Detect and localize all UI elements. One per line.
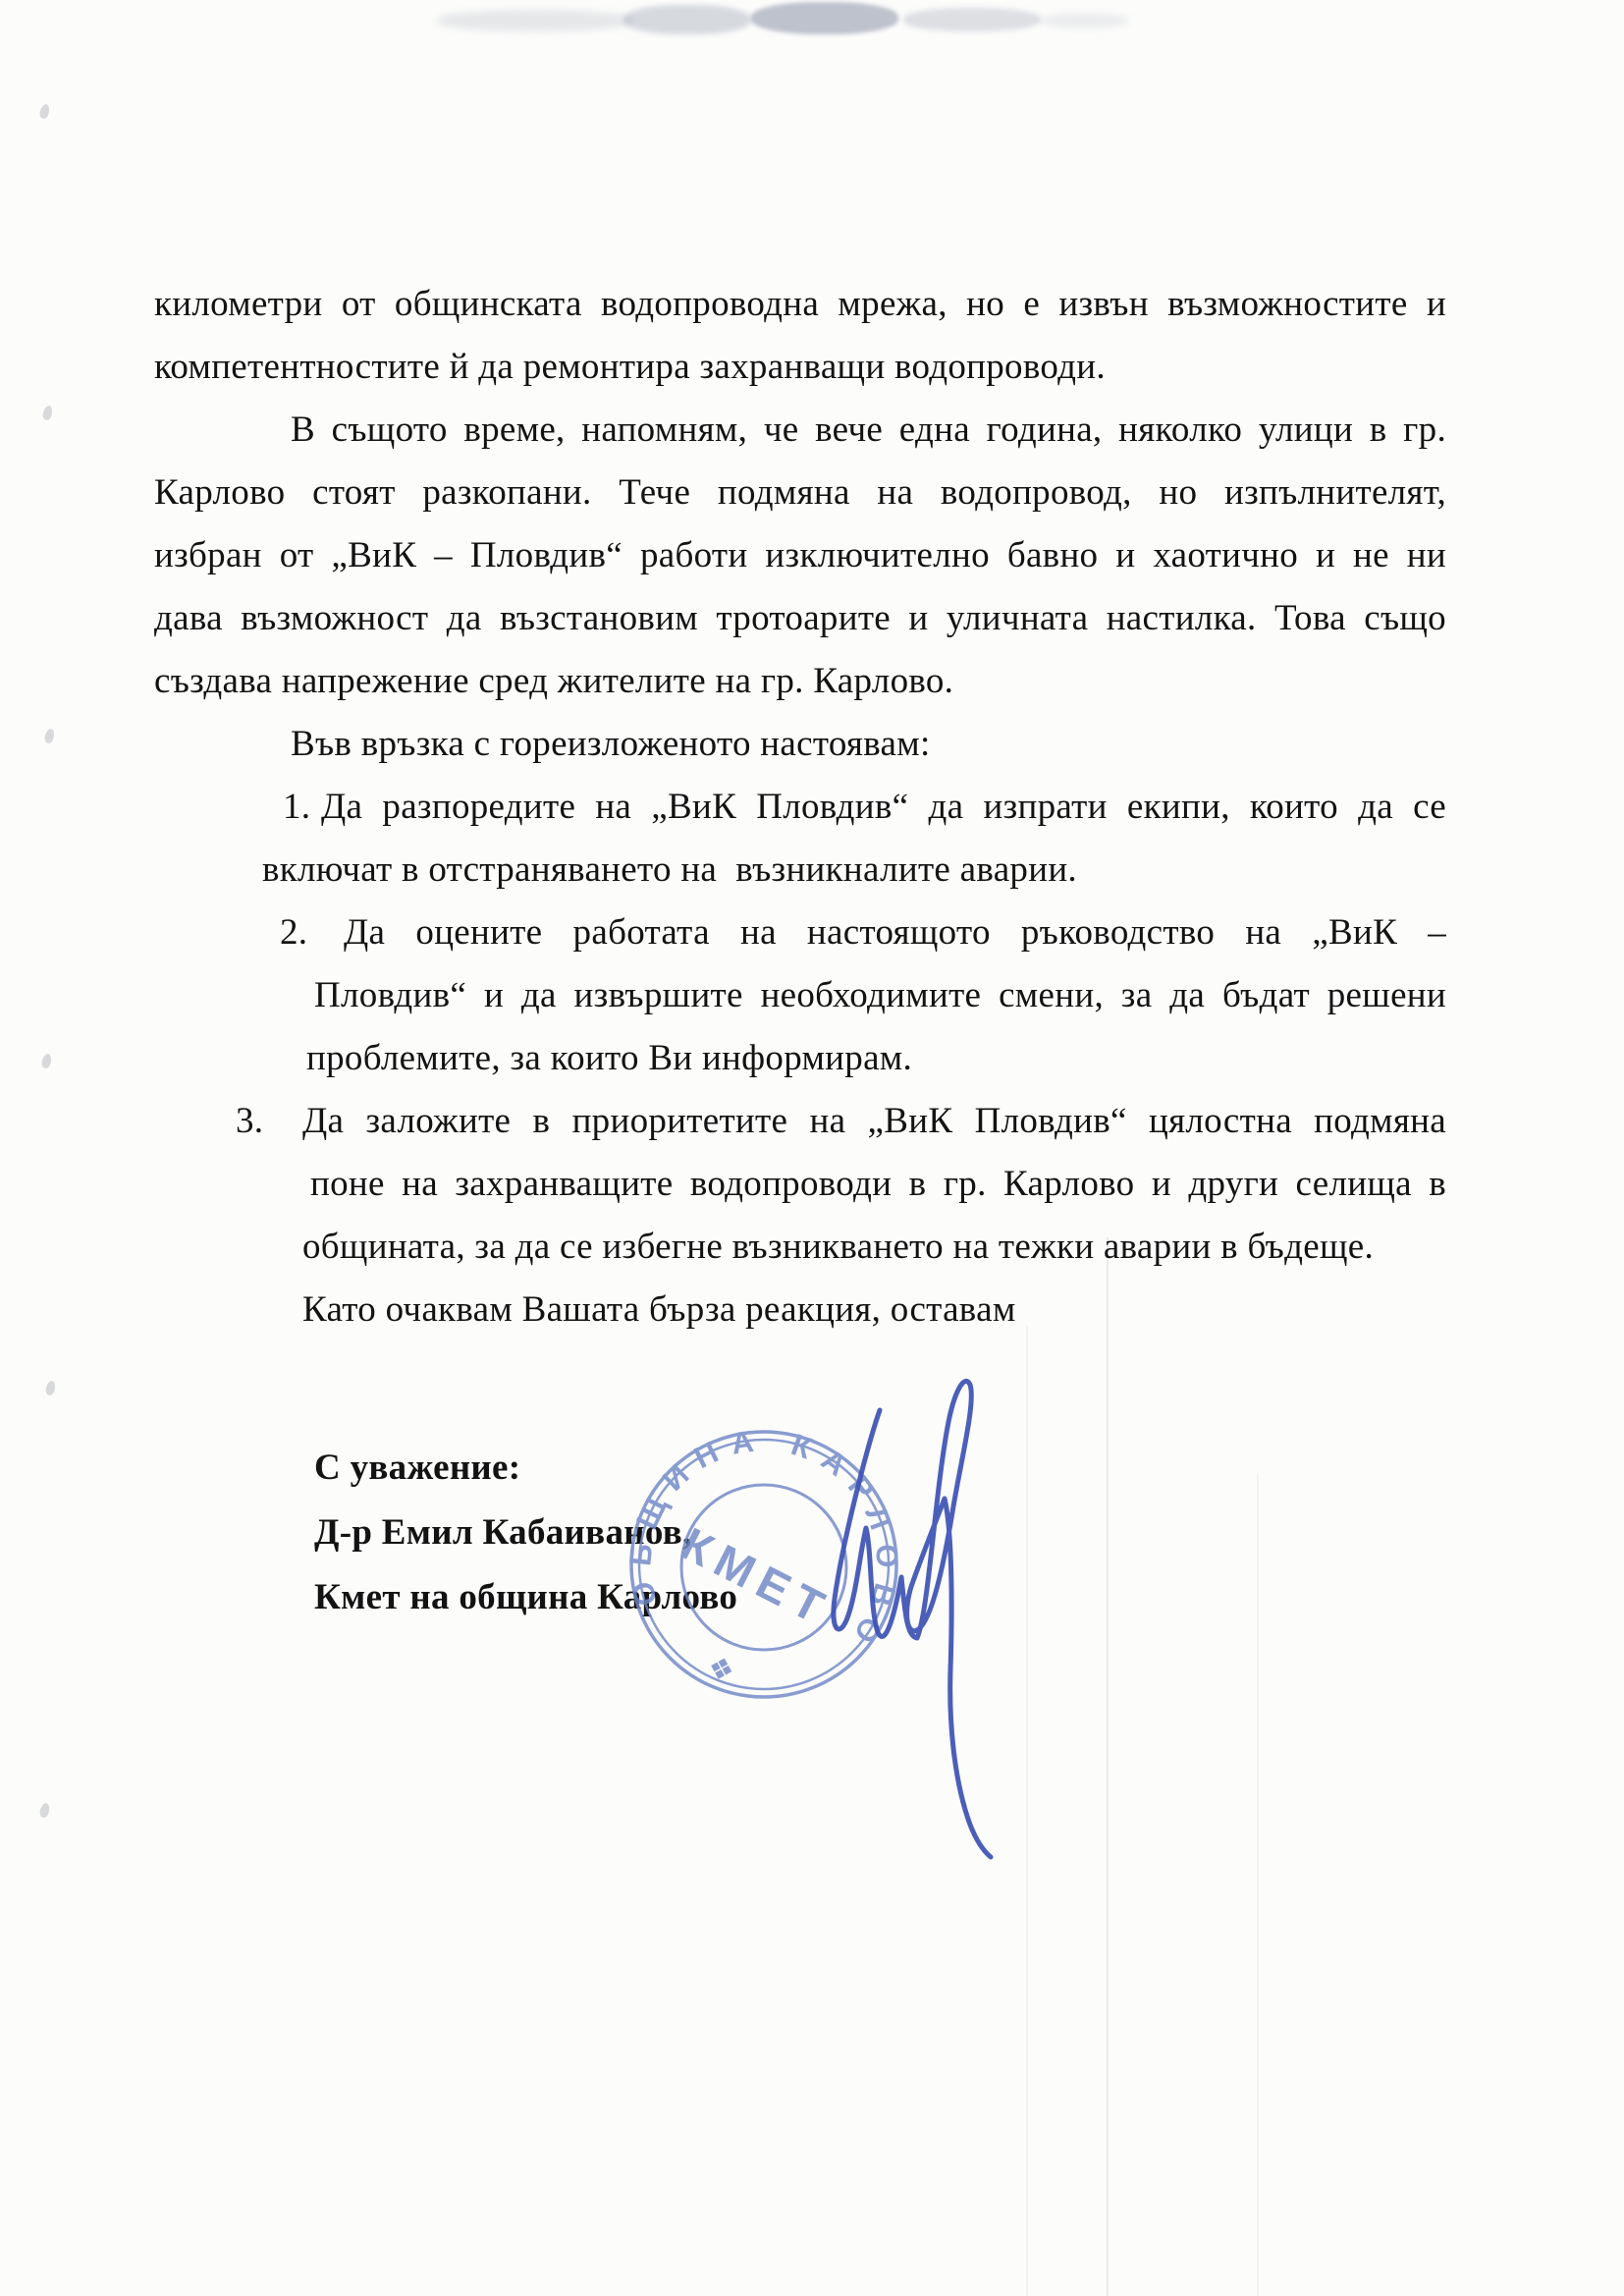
scanned-letter-page: километри от общинската водопроводна мре… [0,0,1624,2296]
line-text: включат в отстраняването на възникналите… [262,849,1077,890]
scan-speck [38,1802,50,1819]
text-line: 3.Да заложите в приоритетите на „ВиК Пло… [302,1090,1446,1153]
line-text: избран от „ВиК – Пловдив“ работи изключи… [154,535,1446,575]
scan-speck [41,405,53,421]
text-line: Като очаквам Вашата бърза реакция, остав… [302,1279,1446,1341]
text-line: Карлово стоят разкопани. Тече подмяна на… [154,462,1446,524]
line-text: Пловдив“ и да извършите необходимите сме… [314,975,1446,1015]
text-line: създава напрежение сред жителите на гр. … [154,650,1446,713]
signer-title: Кмет на община Карлово [314,1565,737,1630]
letter-body: километри от общинската водопроводна мре… [154,273,1446,1341]
line-text: километри от общинската водопроводна мре… [154,284,1446,324]
line-text: компетентностите й да ремонтира захранва… [154,347,1106,387]
smudge-blob [1041,14,1129,27]
text-line: включат в отстраняването на възникналите… [262,839,1446,902]
list-number: 1. [283,776,310,839]
line-text: Като очаквам Вашата бърза реакция, остав… [302,1289,1016,1330]
scan-speck [44,1380,56,1396]
scan-streak [1026,1326,1028,2296]
line-text: общината, за да се избегне възникването … [302,1227,1374,1267]
text-line: избран от „ВиК – Пловдив“ работи изключи… [154,524,1446,587]
closing-salutation: С уважение: [314,1436,737,1501]
text-line: компетентностите й да ремонтира захранва… [154,336,1446,399]
text-line: Пловдив“ и да извършите необходимите сме… [314,964,1446,1027]
closing-block: С уважение: Д-р Емил Кабаиванов, Кмет на… [314,1436,737,1630]
line-text: Да заложите в приоритетите на „ВиК Пловд… [302,1101,1446,1141]
smudge-blob [437,10,633,31]
list-number: 3. [236,1090,263,1153]
text-line: поне на захранващите водопроводи в гр. К… [310,1153,1446,1216]
smudge-blob [623,5,751,34]
line-text: В същото време, напомням, че вече една г… [291,410,1446,450]
scan-speck [40,1053,52,1069]
scan-streak [1107,1237,1109,2296]
text-line: километри от общинската водопроводна мре… [154,273,1446,336]
list-number: 2. [280,902,307,964]
smudge-blob [751,2,898,34]
scan-speck [38,103,50,120]
line-text: Карлово стоят разкопани. Тече подмяна на… [154,472,1446,513]
line-text: дава възможност да възстановим тротоарит… [154,598,1446,638]
line-text: проблемите, за които Ви информирам. [306,1038,912,1078]
text-line: дава възможност да възстановим тротоарит… [154,587,1446,650]
signature-stroke [834,1381,991,1857]
line-text: Да оцените работата на настоящото ръково… [344,912,1446,953]
line-text: поне на захранващите водопроводи в гр. К… [310,1164,1446,1204]
scan-speck [43,728,55,744]
text-line: Във връзка с гореизложеното настоявам: [291,713,1446,776]
signer-name: Д-р Емил Кабаиванов, [314,1501,737,1565]
line-text: Да разпоредите на „ВиК Пловдив“ да изпра… [321,787,1446,827]
smudge-blob [903,8,1041,31]
text-line: 1.Да разпоредите на „ВиК Пловдив“ да изп… [321,776,1446,839]
text-line: 2.Да оцените работата на настоящото ръко… [344,902,1446,964]
scan-streak [1257,1473,1259,2296]
text-line: проблемите, за които Ви информирам. [306,1027,1446,1090]
text-line: общината, за да се избегне възникването … [302,1216,1446,1279]
stamp-quatrefoil-symbol: ❖ [704,1650,739,1690]
line-text: Във връзка с гореизложеното настоявам: [291,724,931,764]
line-text: създава напрежение сред жителите на гр. … [154,661,953,701]
text-line: В същото време, напомням, че вече една г… [291,399,1446,462]
